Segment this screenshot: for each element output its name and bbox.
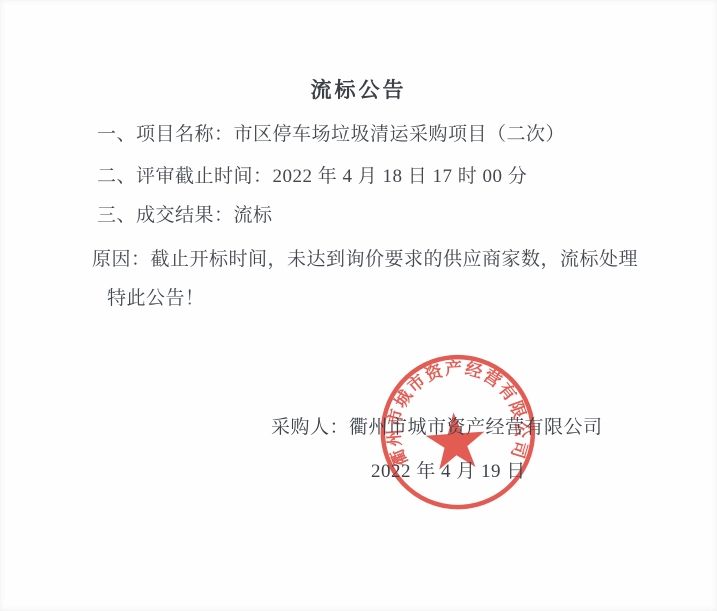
announcement-closing-line: 特此公告！ [107,283,205,310]
signature-date: 2022 年 4 月 19 日 [371,456,526,483]
project-name-line: 一、项目名称：市区停车场垃圾清运采购项目（二次） [97,119,565,146]
scanned-document-page: 流标公告 一、项目名称：市区停车场垃圾清运采购项目（二次） 二、评审截止时间：2… [0,0,717,611]
reason-line: 原因：截止开标时间，未达到询价要求的供应商家数，流标处理 [92,244,638,271]
result-line: 三、成交结果：流标 [97,200,273,227]
buyer-signature-line: 采购人：衢州市城市资产经营有限公司 [271,412,603,439]
buyer-label: 采购人： [271,417,349,438]
document-title: 流标公告 [0,74,717,104]
review-deadline-line: 二、评审截止时间：2022 年 4 月 18 日 17 时 00 分 [97,161,527,188]
buyer-name: 衢州市城市资产经营有限公司 [349,417,603,438]
